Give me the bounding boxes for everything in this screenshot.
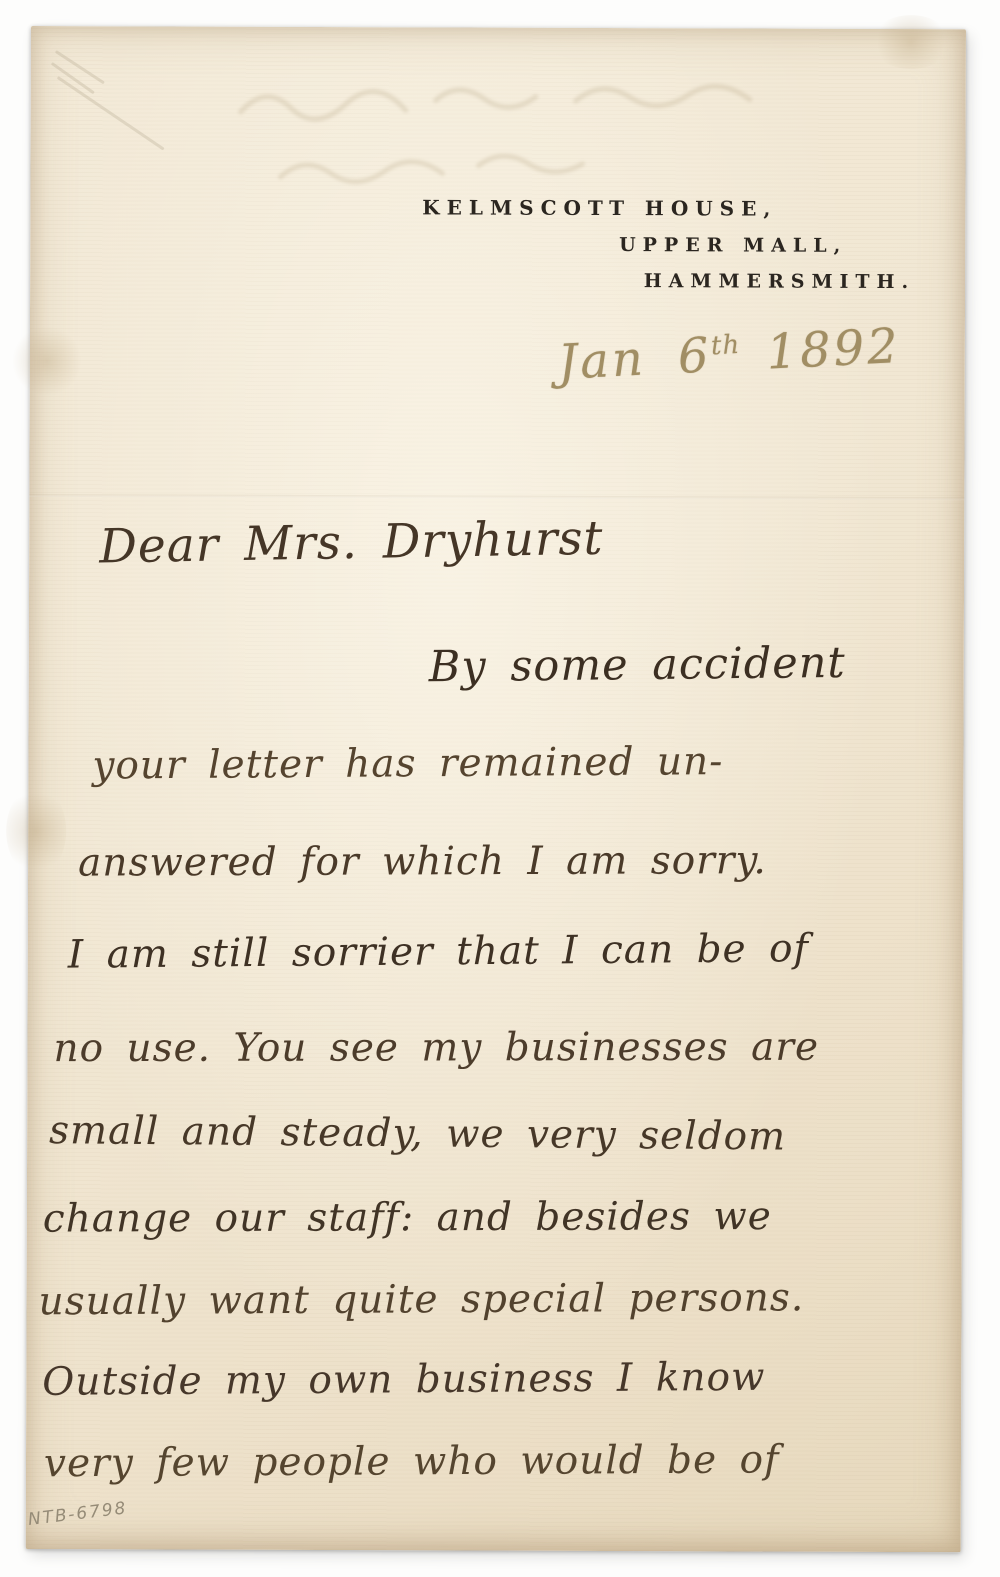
bleedthrough-ghost-writing-icon bbox=[220, 57, 941, 220]
handwritten-line: small and steady, we very seldom bbox=[49, 1108, 786, 1159]
letter-paper: KELMSCOTT HOUSE, UPPER MALL, HAMMERSMITH… bbox=[26, 26, 966, 1552]
handwritten-line: I am still sorrier that I can be of bbox=[68, 926, 810, 977]
fold-crease bbox=[29, 494, 964, 500]
paper-stain bbox=[6, 786, 66, 876]
date-ordinal: th bbox=[710, 330, 741, 361]
handwritten-line: By some accident bbox=[429, 638, 846, 692]
handwritten-line: answered for which I am sorry. bbox=[78, 838, 767, 885]
handwritten-line: Outside my own business I know bbox=[42, 1355, 765, 1405]
handwritten-line: change our staff: and besides we bbox=[43, 1194, 772, 1242]
handwritten-line: your letter has remained un- bbox=[92, 739, 723, 788]
date-day: Jan 6 bbox=[557, 327, 713, 390]
handwritten-date: Jan 6th1892 bbox=[557, 318, 902, 391]
letterhead-line-3: HAMMERSMITH. bbox=[644, 270, 915, 293]
handwritten-line: very few people who would be of bbox=[44, 1437, 780, 1486]
catalog-mark: NTB-6798 bbox=[27, 1498, 129, 1530]
letterhead-line-1: KELMSCOTT HOUSE, bbox=[422, 195, 777, 220]
paper-stain bbox=[12, 326, 82, 396]
paper-stain bbox=[871, 15, 951, 69]
letterhead-line-2: UPPER MALL, bbox=[619, 234, 847, 257]
date-year: 1892 bbox=[765, 318, 902, 380]
handwritten-line: no use. You see my businesses are bbox=[53, 1025, 819, 1071]
salutation-line: Dear Mrs. Dryhurst bbox=[99, 511, 604, 575]
handwritten-line: usually want quite special persons. bbox=[38, 1275, 804, 1324]
corner-pencil-scribble-icon bbox=[39, 34, 189, 165]
scanned-letter-photo: { "letterhead": { "line1": "KELMSCOTT HO… bbox=[0, 0, 1000, 1577]
